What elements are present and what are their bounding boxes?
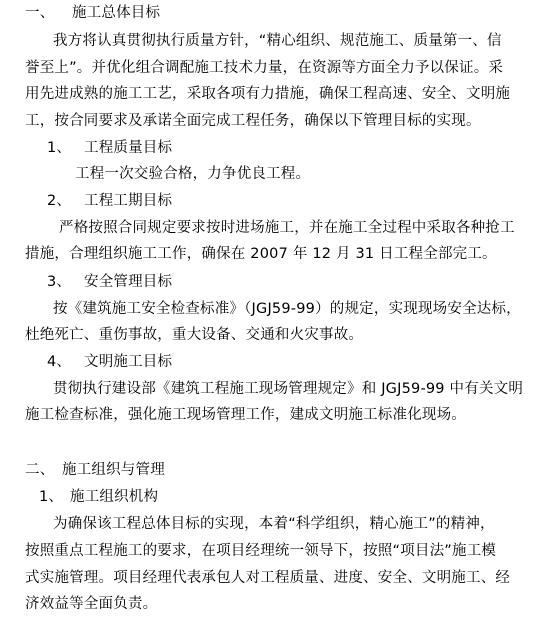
subsection-number: 2、 — [47, 191, 84, 211]
section-number: 一、 — [25, 3, 72, 23]
section-title: 施工组织与管理 — [62, 462, 165, 478]
section-title: 施工总体目标 — [72, 5, 160, 21]
paragraph-line: 誉至上”。并优化组合调配施工技术力量，在资源等方面全力予以保证。采 — [25, 58, 503, 78]
subsection-number: 3、 — [47, 272, 84, 292]
paragraph-line: 济效益等全面负责。 — [25, 594, 157, 614]
paragraph-line: 式实施管理。项目经理代表承包人对工程质量、进度、安全、文明施工、经 — [25, 568, 510, 588]
subsection-title: 文明施工目标 — [84, 354, 172, 370]
subsection-heading-quality: 1、工程质量目标 — [47, 138, 172, 158]
subsection-title: 施工组织机构 — [70, 489, 158, 505]
paragraph-line: 严格按照合同规定要求按时进场施工，并在施工全过程中采取各种抢工 — [59, 218, 515, 238]
subsection-number: 1、 — [47, 138, 84, 158]
paragraph-line: 措施，合理组织施工工作，确保在 2007 年 12 月 31 日工程全部完工。 — [25, 244, 497, 264]
paragraph-line: 为确保该工程总体目标的实现，本着“科学组织，精心施工”的精神， — [53, 514, 495, 534]
subsection-heading-schedule: 2、工程工期目标 — [47, 191, 172, 211]
subsection-heading-civilized: 4、文明施工目标 — [47, 352, 172, 372]
paragraph-line: 用先进成熟的施工工艺，采取各项有力措施，确保工程高速、安全、文明施 — [25, 84, 510, 104]
section-heading-1: 一、施工总体目标 — [25, 3, 160, 23]
paragraph-line: 杜绝死亡、重伤事故，重大设备、交通和火灾事故。 — [25, 325, 363, 345]
paragraph-line: 按《建筑施工安全检查标准》（JGJ59-99）的规定，实现现场安全达标， — [53, 299, 521, 319]
subsection-heading-organization: 1、施工组织机构 — [39, 487, 158, 507]
paragraph-line: 工，按合同要求及承诺全面完成工程任务，确保以下管理目标的实现。 — [25, 111, 481, 131]
paragraph-line: 施工检查标准，强化施工现场管理工作，建成文明施工标准化现场。 — [25, 405, 466, 425]
subsection-number: 4、 — [47, 352, 84, 372]
subsection-heading-safety: 3、安全管理目标 — [47, 272, 172, 292]
section-number: 二、 — [25, 460, 62, 480]
subsection-title: 工程质量目标 — [84, 140, 172, 156]
section-heading-2: 二、施工组织与管理 — [25, 460, 165, 480]
subsection-title: 安全管理目标 — [84, 274, 172, 290]
subsection-title: 工程工期目标 — [84, 193, 172, 209]
subsection-number: 1、 — [39, 487, 70, 507]
paragraph-line: 按照重点工程施工的要求，在项目经理统一领导下，按照“项目法”施工模 — [25, 541, 496, 561]
paragraph-line: 我方将认真贯彻执行质量方针，“精心组织、规范施工、质量第一、信 — [53, 31, 502, 51]
paragraph-line: 工程一次交验合格，力争优良工程。 — [75, 164, 310, 184]
paragraph-line: 贯彻执行建设部《建筑工程施工现场管理规定》和 JGJ59-99 中有关文明 — [53, 379, 523, 399]
